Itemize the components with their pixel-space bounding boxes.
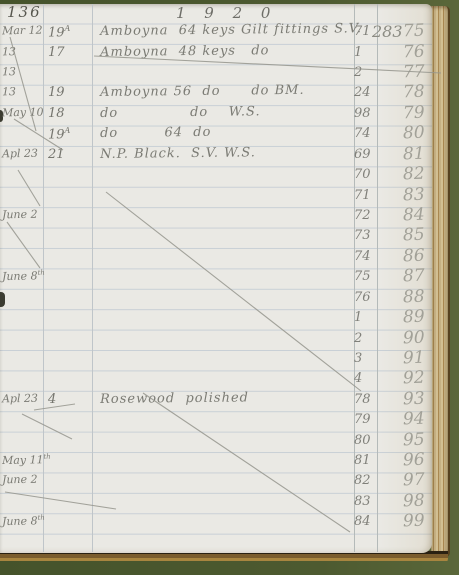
ledger-row: 7688 xyxy=(0,289,448,309)
serial-number: 82 xyxy=(403,164,425,185)
entry-count: 98 xyxy=(354,106,380,121)
entry-count: 78 xyxy=(354,392,380,407)
serial-number: 83 xyxy=(403,184,425,205)
entry-date: June 2 xyxy=(2,208,44,222)
entry-model-number: 19A xyxy=(48,126,90,142)
entry-date: May 10 xyxy=(2,106,44,120)
serial-number: 76 xyxy=(403,41,425,62)
entry-count: 69 xyxy=(354,147,380,162)
serial-number: 97 xyxy=(403,470,425,491)
entry-model-number: 4 xyxy=(48,392,90,407)
serial-number: 88 xyxy=(403,286,425,307)
serial-number: 78 xyxy=(403,82,425,103)
ledger-row: 1319Amboyna 56 do do BM.2478 xyxy=(0,84,448,104)
entry-count: 4 xyxy=(354,371,380,386)
entry-count: 76 xyxy=(354,290,380,305)
ledger-row: 7385 xyxy=(0,227,448,247)
entry-date: June 8th xyxy=(2,514,44,528)
entry-count: 82 xyxy=(354,473,380,488)
entry-description: Amboyna 56 do do BM. xyxy=(100,83,305,100)
serial-prefix: 283 xyxy=(372,22,403,41)
entry-count: 70 xyxy=(354,167,380,182)
entry-date: 13 xyxy=(2,85,44,99)
ledger-row: 7082 xyxy=(0,166,448,186)
entry-count: 74 xyxy=(354,126,380,141)
entry-model-number: 17 xyxy=(48,45,90,60)
entry-description: Rosewood polished xyxy=(100,390,249,407)
ledger-row: 290 xyxy=(0,330,448,350)
ledger-row: June 8th7587 xyxy=(0,268,448,288)
scanned-ledger-photo: 136 1 9 2 0 Mar 1219AAmboyna 64 keys Gil… xyxy=(0,0,459,575)
serial-number: 86 xyxy=(403,245,425,266)
serial-number: 92 xyxy=(403,368,425,389)
serial-number: 96 xyxy=(403,450,425,471)
serial-number: 77 xyxy=(403,62,425,83)
ledger-rows: Mar 1219AAmboyna 64 keys Gilt fittings S… xyxy=(0,0,459,575)
ledger-row: 19Ado 64 do7480 xyxy=(0,125,448,145)
ledger-row: 391 xyxy=(0,350,448,370)
serial-number: 75 xyxy=(403,21,425,42)
entry-model-number: 21 xyxy=(48,147,90,162)
entry-description: do do W.S. xyxy=(100,104,261,121)
ledger-row: 8095 xyxy=(0,432,448,452)
entry-model-number: 19A xyxy=(48,24,90,40)
serial-number: 99 xyxy=(403,511,425,532)
serial-number: 94 xyxy=(403,409,425,430)
serial-number: 98 xyxy=(403,490,425,511)
ledger-row: June 28297 xyxy=(0,472,448,492)
entry-date: June 8th xyxy=(2,269,44,283)
entry-count: 2 xyxy=(354,65,380,80)
serial-number: 90 xyxy=(403,327,425,348)
entry-model-number: 18 xyxy=(48,106,90,121)
serial-number: 84 xyxy=(403,205,425,226)
entry-count: 83 xyxy=(354,494,380,509)
entry-date: Apl 23 xyxy=(2,391,44,405)
entry-count: 71 xyxy=(354,188,380,203)
entry-date: Mar 12 xyxy=(2,24,44,38)
serial-number: 95 xyxy=(403,429,425,450)
entry-model-number: 19 xyxy=(48,85,90,100)
serial-number: 89 xyxy=(403,307,425,328)
ledger-row: Mar 1219AAmboyna 64 keys Gilt fittings S… xyxy=(0,23,448,43)
entry-date: 13 xyxy=(2,44,44,58)
ledger-row: 8398 xyxy=(0,493,448,513)
ledger-row: June 8th8499 xyxy=(0,513,448,533)
entry-count: 24 xyxy=(354,85,380,100)
ledger-row: 189 xyxy=(0,309,448,329)
ledger-row: 13277 xyxy=(0,64,448,84)
entry-description: N.P. Black. S.V. W.S. xyxy=(100,145,256,162)
entry-count: 73 xyxy=(354,228,380,243)
entry-count: 79 xyxy=(354,412,380,427)
ledger-row: 492 xyxy=(0,370,448,390)
entry-date: 13 xyxy=(2,65,44,79)
serial-number: 80 xyxy=(403,123,425,144)
serial-number: 85 xyxy=(403,225,425,246)
entry-count: 75 xyxy=(354,269,380,284)
entry-description: do 64 do xyxy=(100,125,211,141)
entry-count: 80 xyxy=(354,433,380,448)
ledger-row: 1317Amboyna 48 keys do176 xyxy=(0,44,448,64)
ledger-row: June 27284 xyxy=(0,207,448,227)
entry-count: 1 xyxy=(354,45,380,60)
ledger-row: 7994 xyxy=(0,411,448,431)
entry-count: 84 xyxy=(354,514,380,529)
ledger-row: May 1018do do W.S.9879 xyxy=(0,105,448,125)
entry-date: June 2 xyxy=(2,473,44,487)
entry-date: May 11th xyxy=(2,453,44,467)
entry-count: 81 xyxy=(354,453,380,468)
serial-number: 91 xyxy=(403,348,425,369)
serial-number: 93 xyxy=(403,388,425,409)
serial-number: 81 xyxy=(403,143,425,164)
ledger-row: Apl 2321N.P. Black. S.V. W.S.6981 xyxy=(0,146,448,166)
entry-count: 1 xyxy=(354,310,380,325)
entry-description: Amboyna 48 keys do xyxy=(100,43,270,60)
entry-description: Amboyna 64 keys Gilt fittings S.V. xyxy=(100,21,362,39)
entry-count: 74 xyxy=(354,249,380,264)
serial-number: 87 xyxy=(403,266,425,287)
ledger-row: 7486 xyxy=(0,248,448,268)
entry-count: 3 xyxy=(354,351,380,366)
ledger-row: Apl 234Rosewood polished7893 xyxy=(0,391,448,411)
entry-count: 2 xyxy=(354,331,380,346)
ledger-row: May 11th8196 xyxy=(0,452,448,472)
entry-count: 72 xyxy=(354,208,380,223)
serial-number: 79 xyxy=(403,103,425,124)
entry-date: Apl 23 xyxy=(2,146,44,160)
ledger-row: 7183 xyxy=(0,187,448,207)
